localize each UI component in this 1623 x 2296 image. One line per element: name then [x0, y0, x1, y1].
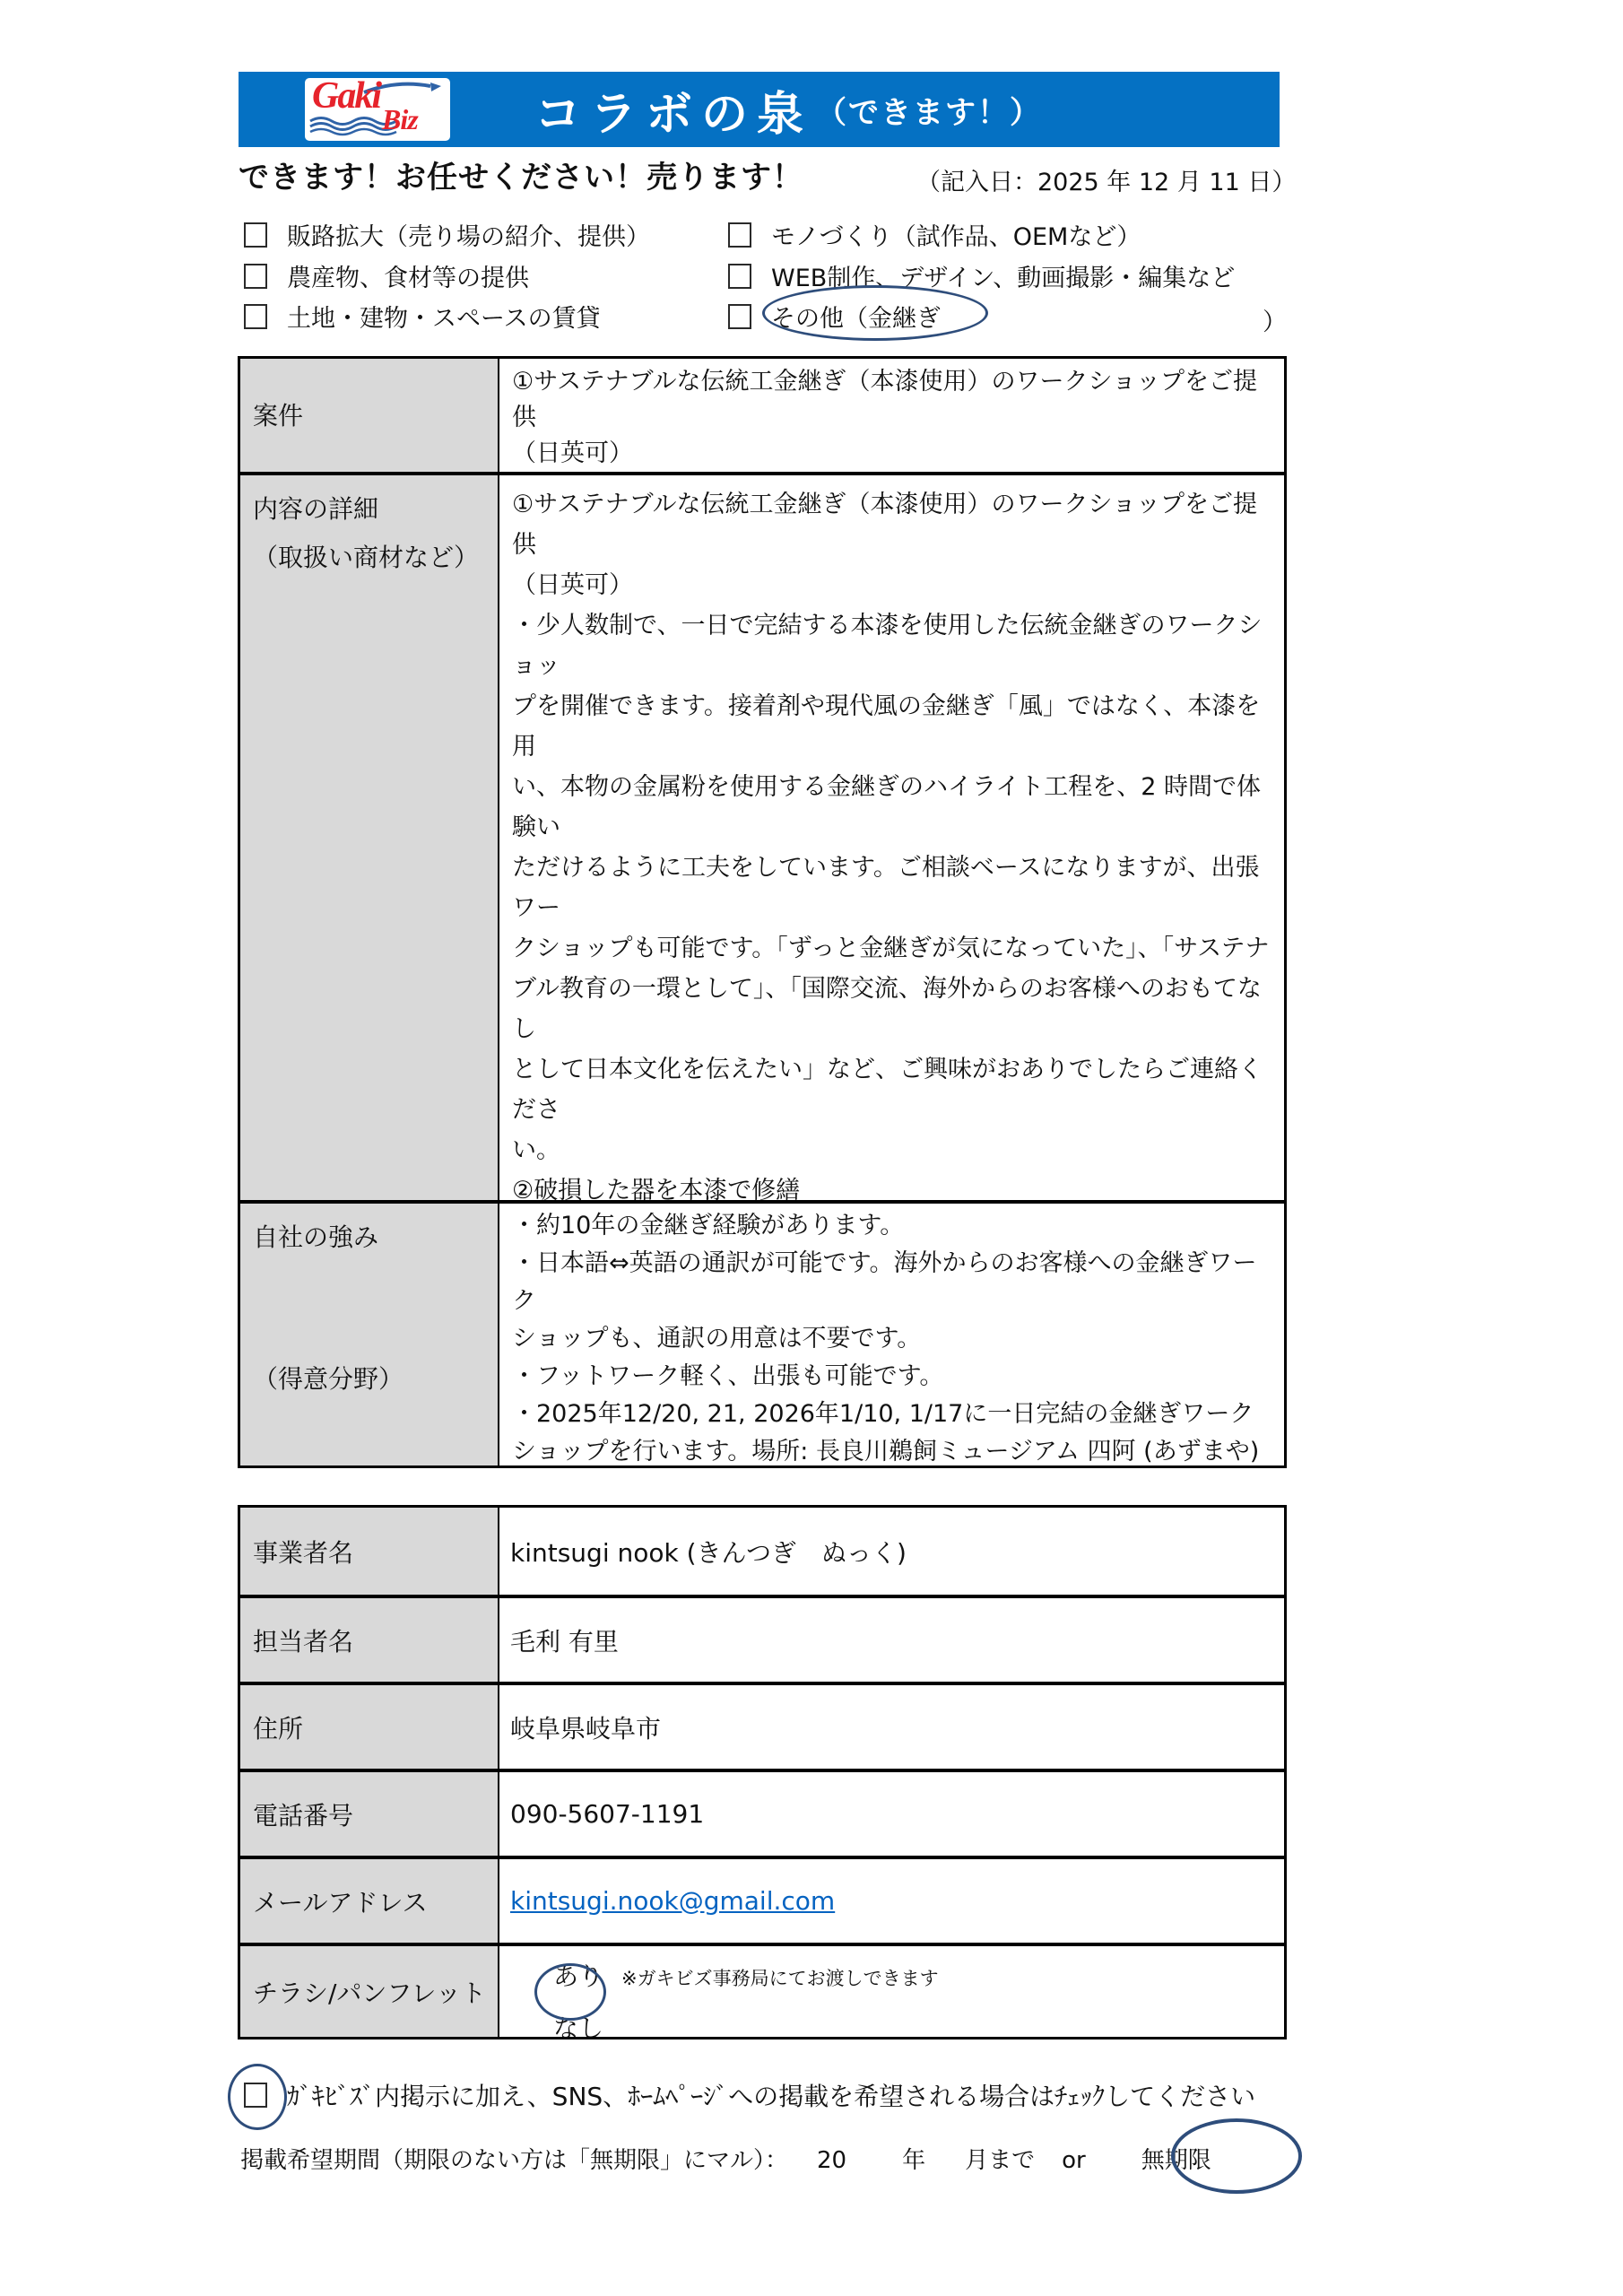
- table-row-address: 住所 岐阜県岐阜市: [240, 1682, 1284, 1769]
- category-label: 土地・建物・スペースの賃貸: [287, 299, 601, 334]
- table-row-contact-person: 担当者名 毛利 有里: [240, 1595, 1284, 1682]
- row-label: 内容の詳細 （取扱い商材など）: [240, 475, 499, 1200]
- table-row-business-name: 事業者名 kintsugi nook (きんつぎ ぬっく): [240, 1508, 1284, 1595]
- row-value: 岐阜県岐阜市: [499, 1685, 1284, 1769]
- email-link[interactable]: kintsugi.nook@gmail.com: [510, 1886, 835, 1916]
- row-label-text: 案件: [253, 401, 303, 430]
- other-option-circle-annotation: [762, 285, 988, 341]
- category-row: 販路拡大（売り場の紹介、提供）: [244, 217, 650, 252]
- row-label: 案件: [240, 359, 499, 472]
- checkbox-other[interactable]: [728, 304, 751, 329]
- table-row-case: 案件 ①サステナブルな伝統工金継ぎ（本漆使用）のワークショップをご提供 （日英可…: [240, 359, 1284, 472]
- row-sublabel-text: （取扱い商材など）: [253, 538, 498, 574]
- logo-text-biz: Biz: [382, 103, 418, 136]
- row-label-text: 自社の強み: [253, 1222, 378, 1252]
- row-label: 事業者名: [240, 1508, 499, 1595]
- period-year-unit: 年: [902, 2147, 925, 2174]
- row-label: 住所: [240, 1685, 499, 1769]
- category-row: 農産物、食材等の提供: [244, 258, 529, 293]
- main-table: 案件 ①サステナブルな伝統工金継ぎ（本漆使用）のワークショップをご提供 （日英可…: [238, 356, 1287, 1468]
- table-row-email: メールアドレス kintsugi.nook@gmail.com: [240, 1856, 1284, 1943]
- other-close-paren: ）: [1263, 302, 1287, 337]
- banner-title-sub: （できます！）: [816, 88, 1042, 132]
- category-row: WEB制作、デザイン、動画撮影・編集など: [728, 258, 1235, 293]
- category-label: 農産物、食材等の提供: [287, 258, 529, 293]
- sns-request-label: ｶﾞｷﾋﾞｽﾞ内掲示に加え、SNS、ﾎｰﾑﾍﾟｰｼﾞへの掲載を希望される場合はﾁ…: [287, 2077, 1255, 2113]
- row-label-text: 内容の詳細: [253, 494, 378, 524]
- posting-period-line: 掲載希望期間（期限のない方は「無期限」にマル）：20年月までor無期限: [240, 2142, 1211, 2175]
- footer-checkbox-circle-annotation: [228, 2064, 287, 2130]
- period-month-until: 月まで: [965, 2147, 1035, 2174]
- row-content: ①サステナブルな伝統工金継ぎ（本漆使用）のワークショップをご提供 （日英可） ②…: [499, 359, 1284, 472]
- period-or: or: [1062, 2147, 1086, 2174]
- unlimited-circle-annotation: [1171, 2118, 1302, 2194]
- checkbox-web-design[interactable]: [728, 264, 751, 289]
- gakibiz-logo: Gaki Biz: [305, 78, 450, 141]
- row-label: 電話番号: [240, 1772, 499, 1856]
- category-label: 販路拡大（売り場の紹介、提供）: [287, 217, 650, 252]
- period-label: 掲載希望期間（期限のない方は「無期限」にマル）：: [240, 2147, 788, 2174]
- table-row-strengths: 自社の強み （得意分野） ・約10年の金継ぎ経験があります。 ・日本語⇔英語の通…: [240, 1200, 1284, 1465]
- banner-title-main: コラボの泉: [534, 76, 812, 143]
- row-label: メールアドレス: [240, 1859, 499, 1943]
- checkbox-sales-expansion[interactable]: [244, 222, 267, 248]
- table-row-phone: 電話番号 090-5607-1191: [240, 1769, 1284, 1856]
- banner-title: コラボの泉 （できます！）: [534, 72, 1042, 147]
- category-row: モノづくり（試作品、OEMなど）: [728, 217, 1141, 252]
- row-label: チラシ/パンフレット: [240, 1946, 499, 2037]
- tagline: できます！お任せください！売ります！: [239, 152, 803, 196]
- row-label: 担当者名: [240, 1598, 499, 1682]
- row-label: 自社の強み （得意分野）: [240, 1204, 499, 1465]
- row-content: ・約10年の金継ぎ経験があります。 ・日本語⇔英語の通訳が可能です。海外からのお…: [499, 1204, 1284, 1465]
- flyer-yes-circle-annotation: [534, 1963, 606, 2021]
- table-row-details: 内容の詳細 （取扱い商材など） ①サステナブルな伝統工金継ぎ（本漆使用）のワーク…: [240, 472, 1284, 1200]
- checkbox-land-rental[interactable]: [244, 304, 267, 329]
- category-row: 土地・建物・スペースの賃貸: [244, 299, 601, 334]
- logo-text-gaki: Gaki: [312, 78, 380, 117]
- info-table: 事業者名 kintsugi nook (きんつぎ ぬっく) 担当者名 毛利 有里…: [238, 1505, 1287, 2039]
- row-value: 毛利 有里: [499, 1598, 1284, 1682]
- date-note: （記入日：2025 年 12 月 11 日）: [916, 162, 1296, 197]
- table-row-flyer: チラシ/パンフレット あり ※ガキビズ事務局にてお渡しできます なし: [240, 1943, 1284, 2037]
- sns-request-line: ｶﾞｷﾋﾞｽﾞ内掲示に加え、SNS、ﾎｰﾑﾍﾟｰｼﾞへの掲載を希望される場合はﾁ…: [244, 2077, 1255, 2113]
- checkbox-agricultural[interactable]: [244, 264, 267, 289]
- row-content: ①サステナブルな伝統工金継ぎ（本漆使用）のワークショップをご提供 （日英可） ・…: [499, 475, 1284, 1200]
- document-page: Gaki Biz コラボの泉 （できます！） できます！お任せください！売ります…: [0, 0, 1623, 2296]
- checkbox-manufacturing[interactable]: [728, 222, 751, 248]
- flyer-note: ※ガキビズ事務局にてお渡しできます: [621, 1964, 939, 1991]
- header-banner: Gaki Biz コラボの泉 （できます！）: [239, 72, 1280, 147]
- row-value: kintsugi nook (きんつぎ ぬっく): [499, 1508, 1284, 1595]
- flyer-options-cell: あり ※ガキビズ事務局にてお渡しできます なし: [499, 1946, 1284, 2037]
- row-value: kintsugi.nook@gmail.com: [499, 1859, 1284, 1943]
- category-label: モノづくり（試作品、OEMなど）: [771, 217, 1141, 252]
- period-year-prefix: 20: [817, 2147, 846, 2174]
- row-value: 090-5607-1191: [499, 1772, 1284, 1856]
- row-sublabel-text: （得意分野）: [253, 1360, 498, 1396]
